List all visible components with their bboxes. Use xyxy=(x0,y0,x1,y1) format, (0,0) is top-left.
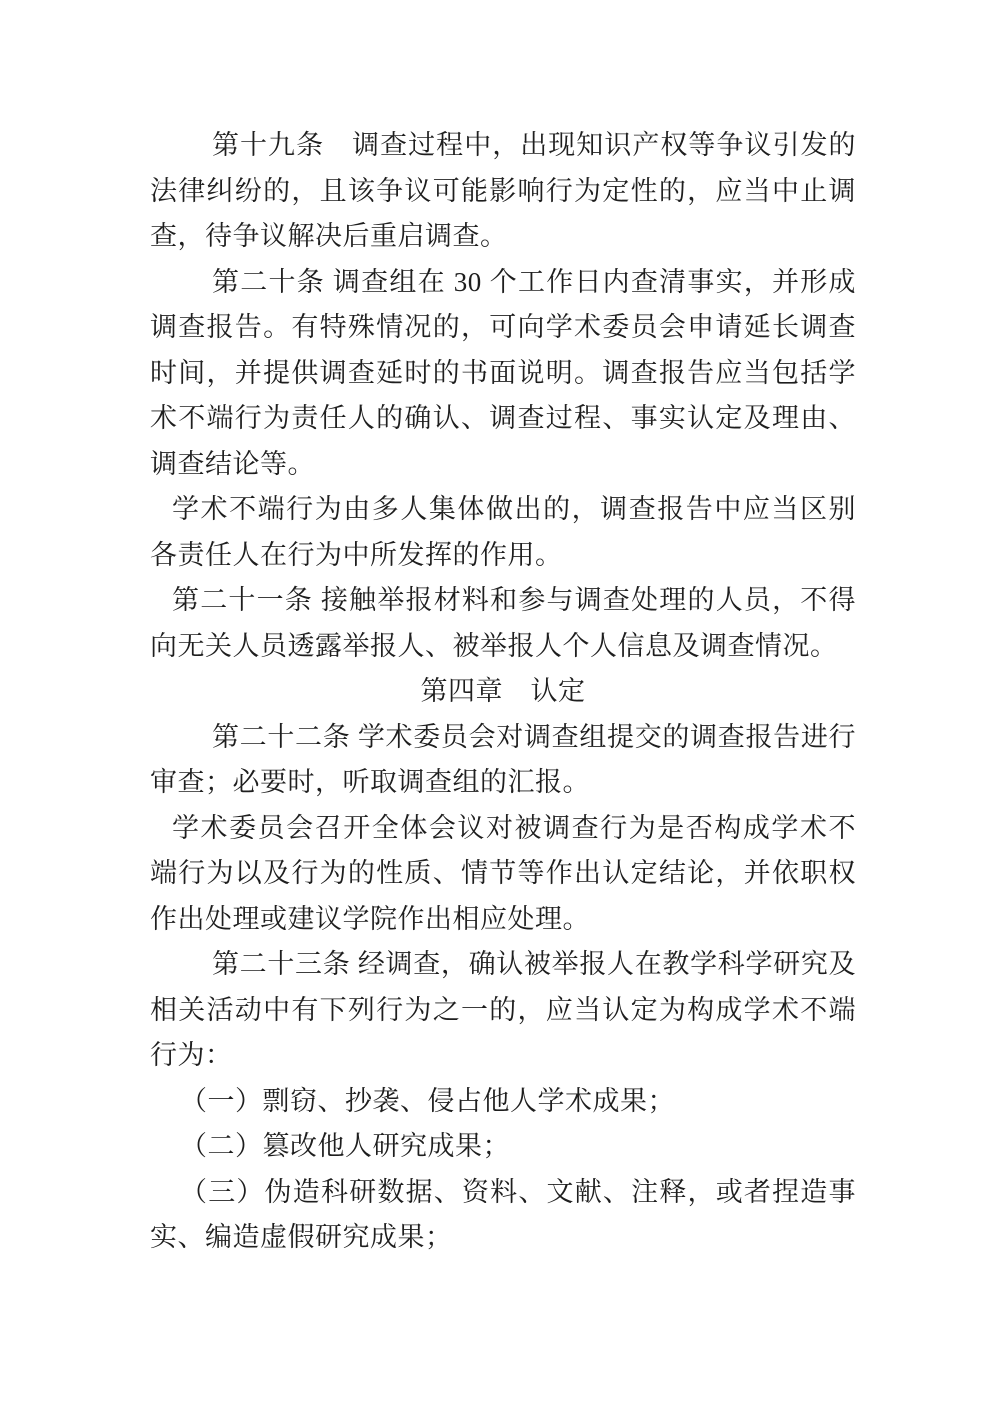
paragraph-article-20: 第二十条 调查组在 30 个工作日内查清事实，并形成调查报告。有特殊情况的，可向… xyxy=(150,260,856,488)
paragraph-collective-responsibility: 学术不端行为由多人集体做出的，调查报告中应当区别各责任人在行为中所发挥的作用。 xyxy=(150,487,856,578)
list-item-2: （二）篡改他人研究成果； xyxy=(150,1124,856,1170)
paragraph-article-21: 第二十一条 接触举报材料和参与调查处理的人员，不得向无关人员透露举报人、被举报人… xyxy=(150,578,856,669)
list-item-1: （一）剽窃、抄袭、侵占他人学术成果； xyxy=(150,1079,856,1125)
document-page: 第十九条 调查过程中，出现知识产权等争议引发的法律纠纷的，且该争议可能影响行为定… xyxy=(0,0,1000,1414)
paragraph-committee-plenary: 学术委员会召开全体会议对被调查行为是否构成学术不端行为以及行为的性质、情节等作出… xyxy=(150,806,856,943)
chapter-4-heading: 第四章 认定 xyxy=(150,669,856,715)
paragraph-article-19: 第十九条 调查过程中，出现知识产权等争议引发的法律纠纷的，且该争议可能影响行为定… xyxy=(150,123,856,260)
paragraph-article-23: 第二十三条 经调查，确认被举报人在教学科学研究及相关活动中有下列行为之一的，应当… xyxy=(150,942,856,1079)
document-text-block: 第十九条 调查过程中，出现知识产权等争议引发的法律纠纷的，且该争议可能影响行为定… xyxy=(150,123,856,1261)
paragraph-article-22: 第二十二条 学术委员会对调查组提交的调查报告进行审查；必要时，听取调查组的汇报。 xyxy=(150,715,856,806)
list-item-3: （三）伪造科研数据、资料、文献、注释，或者捏造事实、编造虚假研究成果； xyxy=(150,1170,856,1261)
